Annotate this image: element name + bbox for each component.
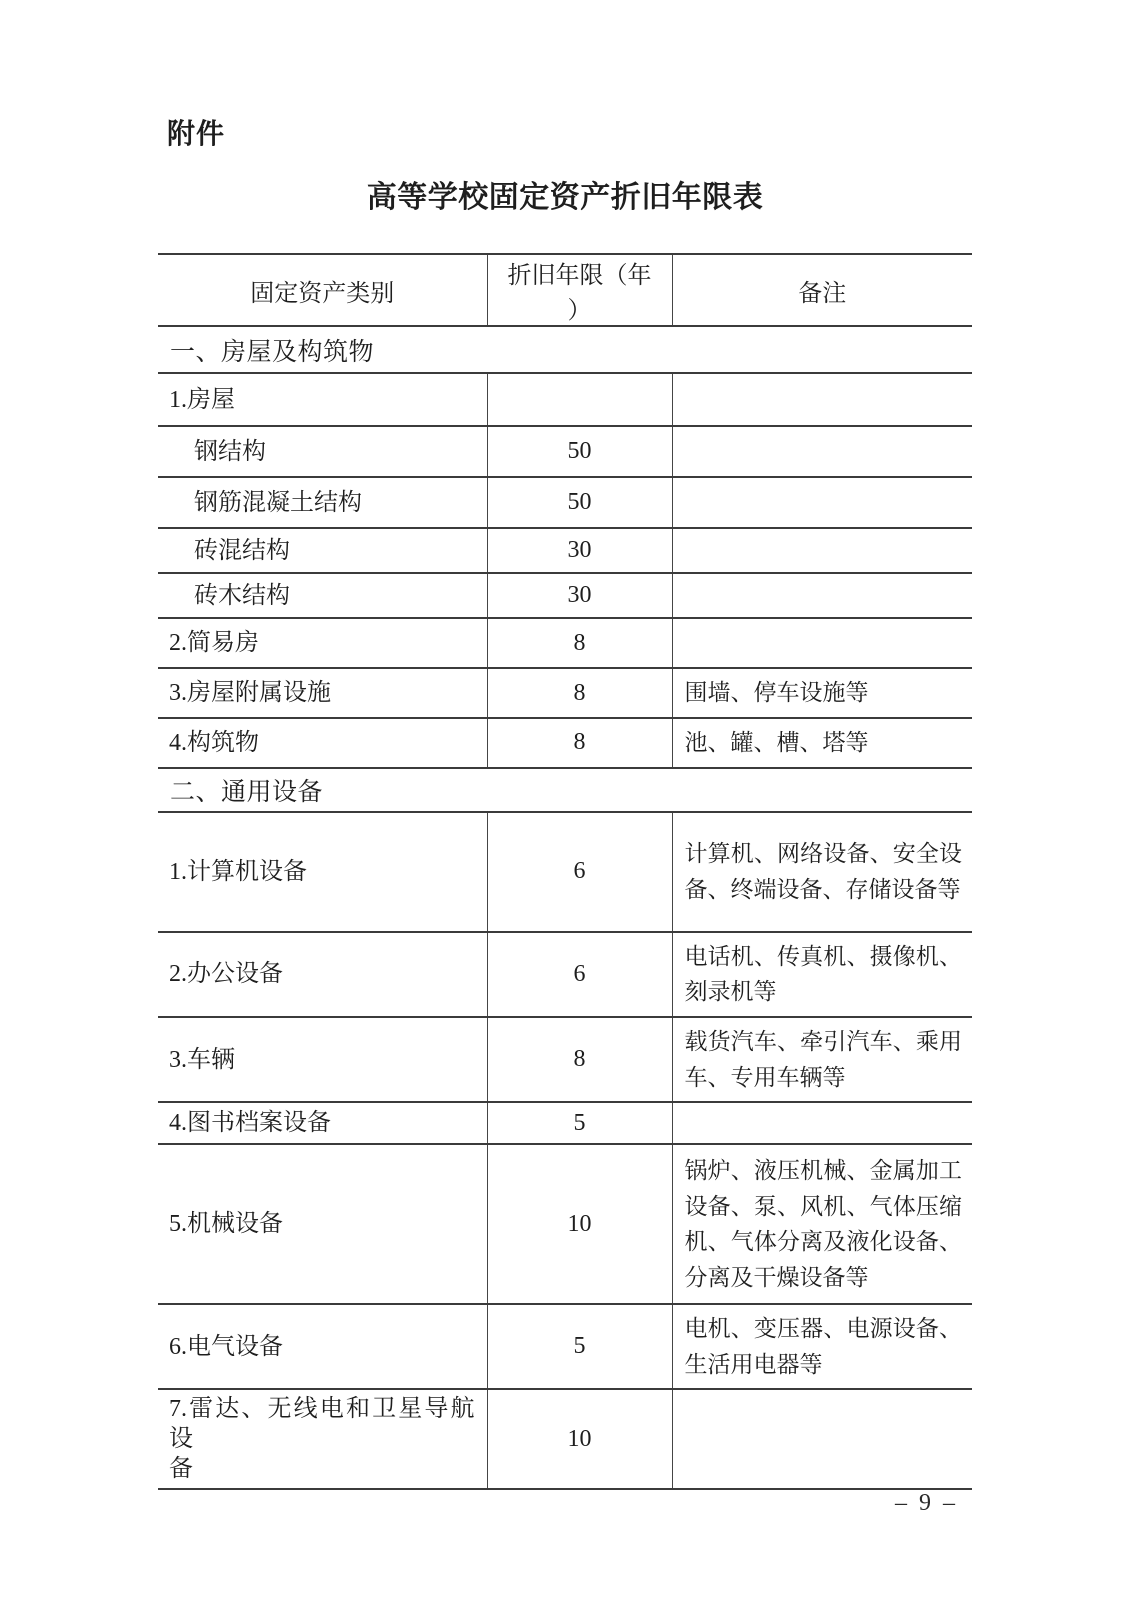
- category-cell: 2.办公设备: [158, 932, 487, 1017]
- page-title: 高等学校固定资产折旧年限表: [158, 172, 972, 216]
- table-row: 6.电气设备 5 电机、变压器、电源设备、生活用电器等: [158, 1304, 972, 1389]
- years-cell: 6: [487, 812, 672, 932]
- category-cell: 3.房屋附属设施: [158, 668, 487, 718]
- attachment-label: 附件: [158, 112, 972, 152]
- table-row: 5.机械设备 10 锅炉、液压机械、金属加工设备、泵、风机、气体压缩机、气体分离…: [158, 1144, 972, 1304]
- category-cell: 3.车辆: [158, 1017, 487, 1102]
- years-cell: 8: [487, 618, 672, 668]
- remark-cell: [672, 1102, 972, 1144]
- remark-cell: 载货汽车、牵引汽车、乘用车、专用车辆等: [672, 1017, 972, 1102]
- years-cell: 6: [487, 932, 672, 1017]
- depreciation-table: 固定资产类别 折旧年限（年 ） 备注 一、房屋及构筑物 1.房屋 钢结构 50: [158, 253, 972, 1490]
- years-cell: 30: [487, 528, 672, 573]
- remark-cell: [672, 426, 972, 477]
- column-header-remark: 备注: [672, 254, 972, 326]
- table-header-row: 固定资产类别 折旧年限（年 ） 备注: [158, 254, 972, 326]
- table-row: 4.图书档案设备 5: [158, 1102, 972, 1144]
- table-row: 2.办公设备 6 电话机、传真机、摄像机、刻录机等: [158, 932, 972, 1017]
- category-cell: 6.电气设备: [158, 1304, 487, 1389]
- section-row: 二、通用设备: [158, 768, 972, 812]
- document-content: 附件 高等学校固定资产折旧年限表 固定资产类别 折旧年限（年 ） 备注 一、房屋…: [158, 112, 972, 1490]
- table-row: 钢筋混凝土结构 50: [158, 477, 972, 528]
- table-row: 4.构筑物 8 池、罐、槽、塔等: [158, 718, 972, 768]
- section-title: 一、房屋及构筑物: [158, 326, 972, 373]
- table-row: 3.房屋附属设施 8 围墙、停车设施等: [158, 668, 972, 718]
- years-cell: 8: [487, 1017, 672, 1102]
- section-title: 二、通用设备: [158, 768, 972, 812]
- column-header-category: 固定资产类别: [158, 254, 487, 326]
- category-cell: 4.图书档案设备: [158, 1102, 487, 1144]
- category-cell: 7.雷达、无线电和卫星导航设 备: [158, 1389, 487, 1489]
- category-cell: 砖混结构: [158, 528, 487, 573]
- category-cell: 钢结构: [158, 426, 487, 477]
- category-cell: 4.构筑物: [158, 718, 487, 768]
- table-row: 7.雷达、无线电和卫星导航设 备 10: [158, 1389, 972, 1489]
- remark-cell: 锅炉、液压机械、金属加工设备、泵、风机、气体压缩机、气体分离及液化设备、分离及干…: [672, 1144, 972, 1304]
- remark-cell: [672, 1389, 972, 1489]
- category-cell: 钢筋混凝土结构: [158, 477, 487, 528]
- table-row: 3.车辆 8 载货汽车、牵引汽车、乘用车、专用车辆等: [158, 1017, 972, 1102]
- table-row: 砖木结构 30: [158, 573, 972, 618]
- remark-cell: [672, 618, 972, 668]
- page-number: – 9 –: [895, 1490, 958, 1517]
- years-cell: [487, 373, 672, 426]
- years-cell: 5: [487, 1304, 672, 1389]
- years-cell: 5: [487, 1102, 672, 1144]
- years-cell: 10: [487, 1144, 672, 1304]
- category-cell: 砖木结构: [158, 573, 487, 618]
- remark-cell: 池、罐、槽、塔等: [672, 718, 972, 768]
- remark-cell: [672, 528, 972, 573]
- table-row: 2.简易房 8: [158, 618, 972, 668]
- section-row: 一、房屋及构筑物: [158, 326, 972, 373]
- table-row: 1.计算机设备 6 计算机、网络设备、安全设备、终端设备、存储设备等: [158, 812, 972, 932]
- remark-cell: 电机、变压器、电源设备、生活用电器等: [672, 1304, 972, 1389]
- remark-cell: [672, 573, 972, 618]
- years-cell: 30: [487, 573, 672, 618]
- remark-cell: 电话机、传真机、摄像机、刻录机等: [672, 932, 972, 1017]
- column-header-years: 折旧年限（年 ）: [487, 254, 672, 326]
- category-cell: 1.计算机设备: [158, 812, 487, 932]
- table-row: 砖混结构 30: [158, 528, 972, 573]
- table-row: 钢结构 50: [158, 426, 972, 477]
- document-page: 附件 高等学校固定资产折旧年限表 固定资产类别 折旧年限（年 ） 备注 一、房屋…: [0, 0, 1131, 1600]
- remark-cell: 围墙、停车设施等: [672, 668, 972, 718]
- category-cell: 5.机械设备: [158, 1144, 487, 1304]
- years-cell: 50: [487, 426, 672, 477]
- remark-cell: 计算机、网络设备、安全设备、终端设备、存储设备等: [672, 812, 972, 932]
- years-cell: 8: [487, 668, 672, 718]
- category-cell: 1.房屋: [158, 373, 487, 426]
- remark-cell: [672, 373, 972, 426]
- years-cell: 50: [487, 477, 672, 528]
- remark-cell: [672, 477, 972, 528]
- years-cell: 8: [487, 718, 672, 768]
- table-row: 1.房屋: [158, 373, 972, 426]
- category-cell: 2.简易房: [158, 618, 487, 668]
- years-cell: 10: [487, 1389, 672, 1489]
